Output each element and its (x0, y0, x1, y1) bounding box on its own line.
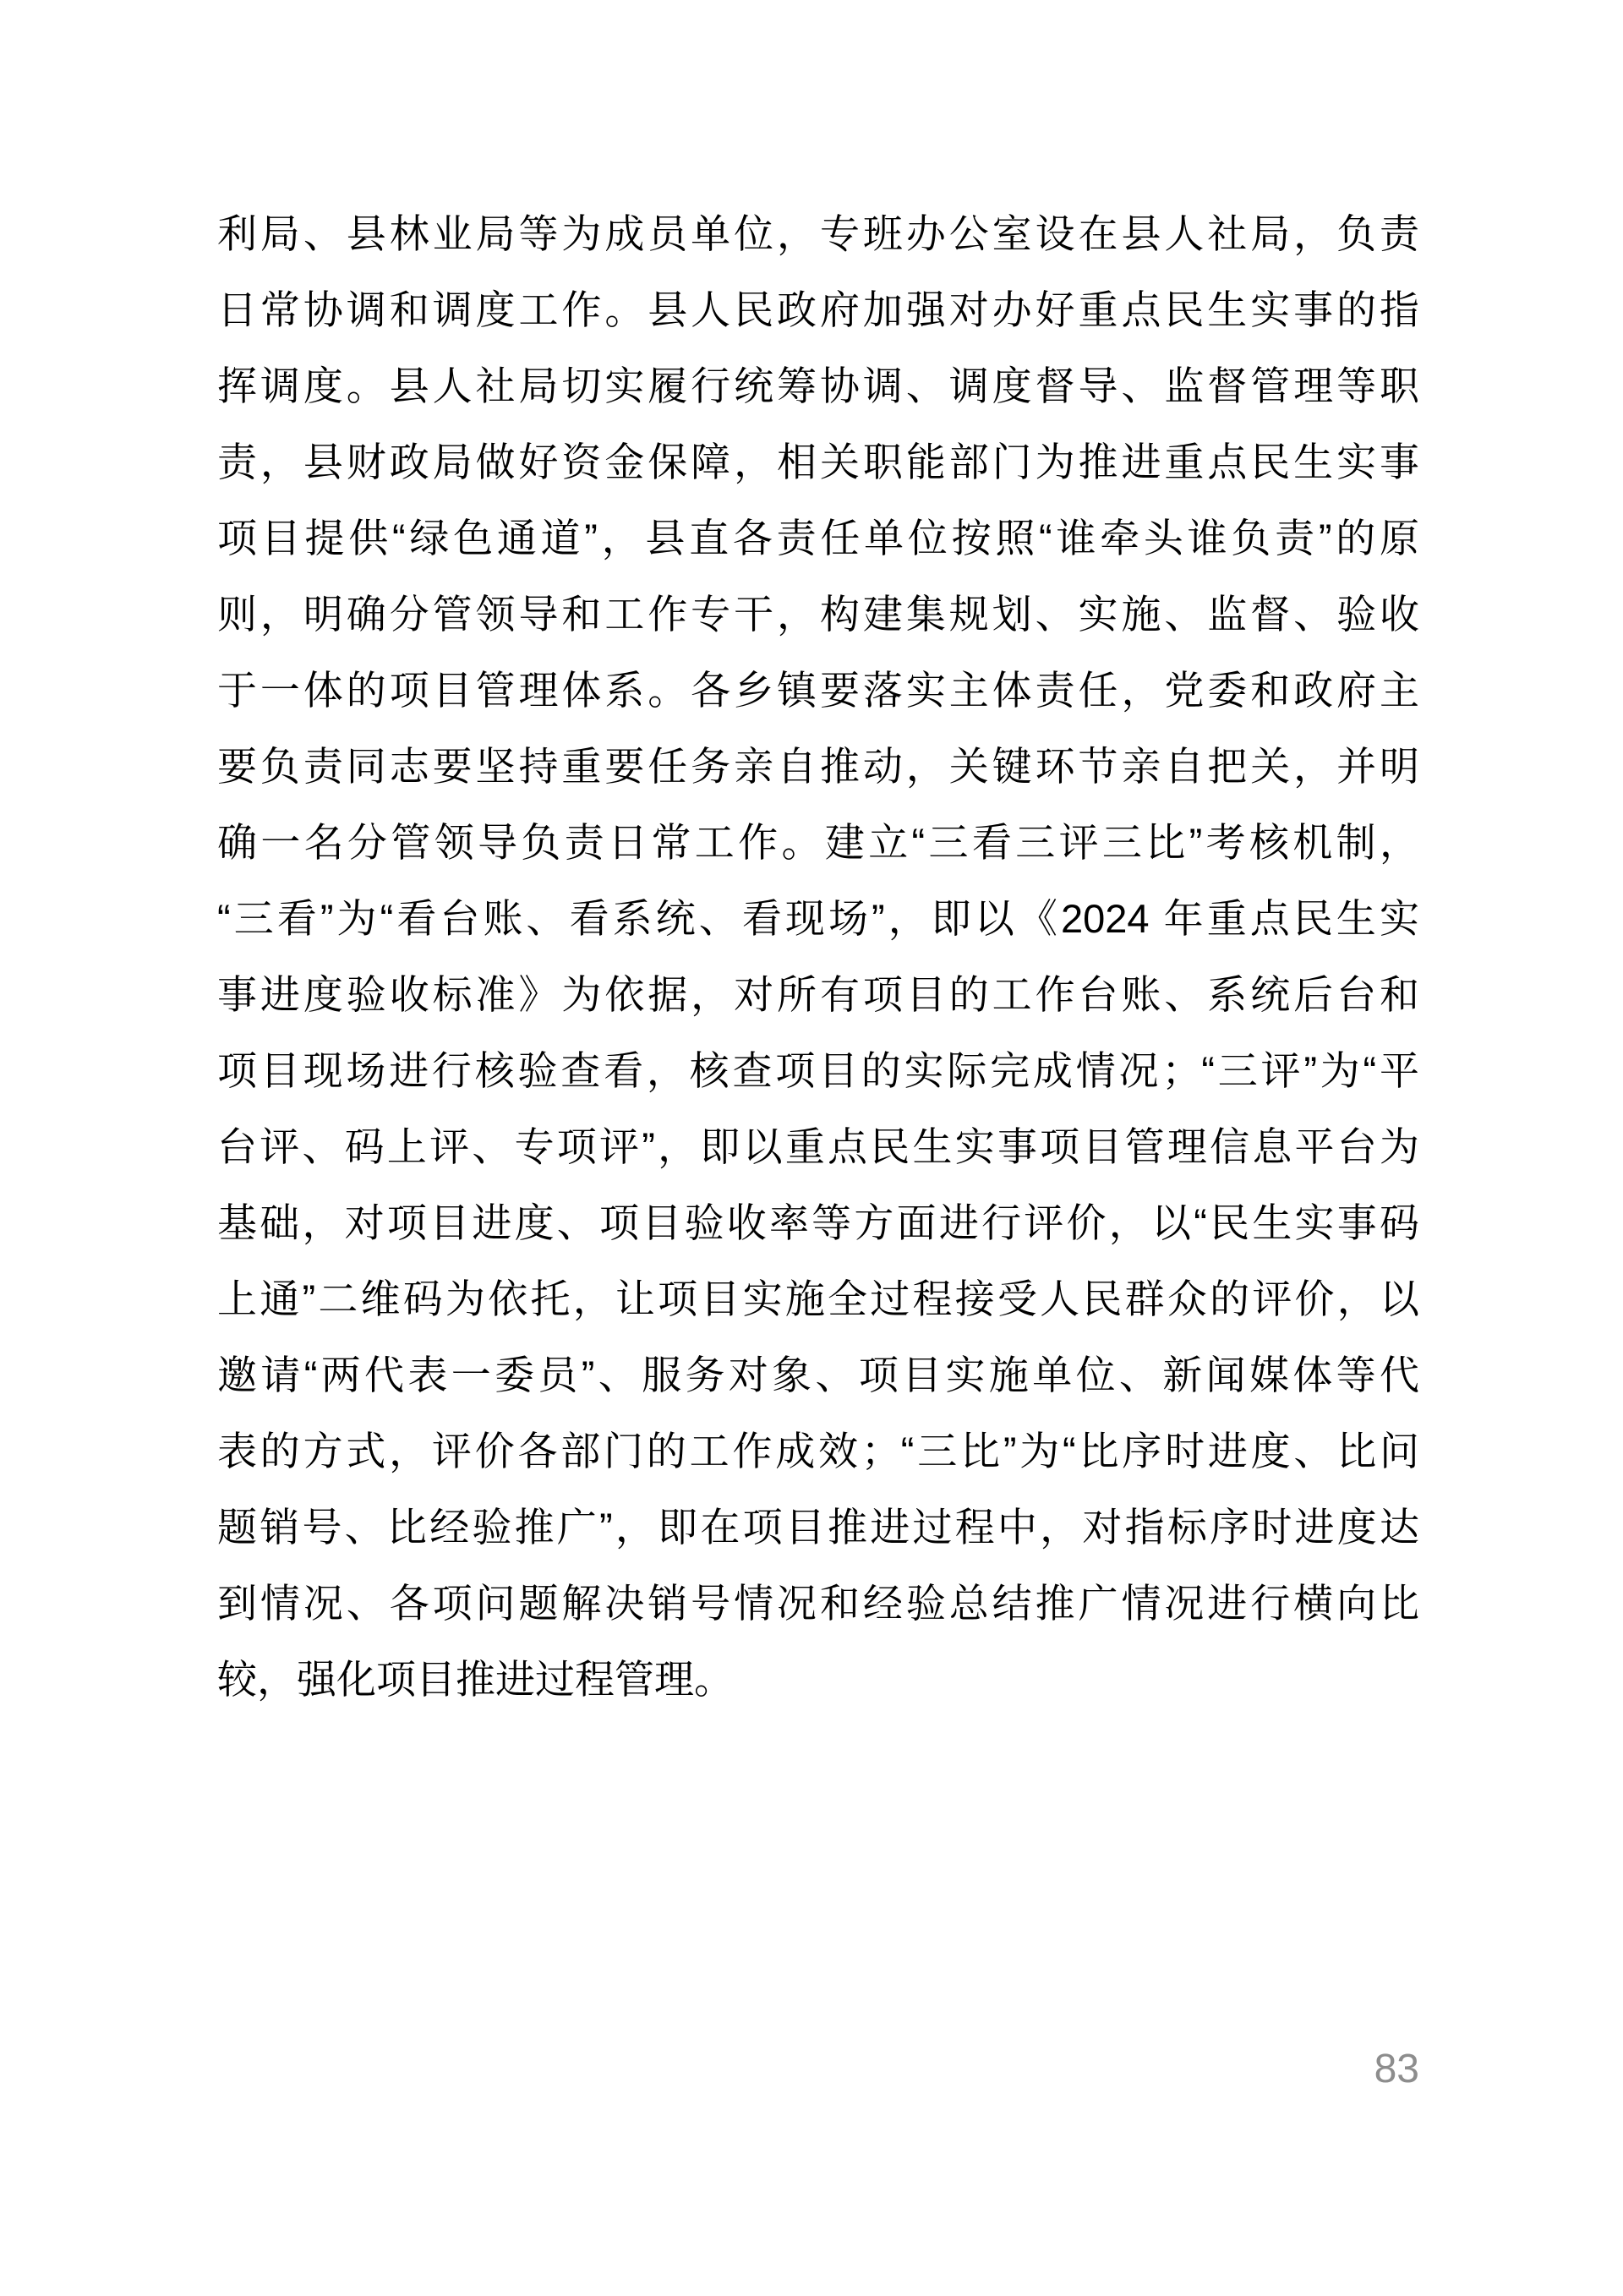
text-line: 表的方式，评价各部门的工作成效；“三比”为“比序时进度、比问 (217, 1413, 1419, 1490)
text-line: 要负责同志要坚持重要任务亲自推动，关键环节亲自把关，并明 (217, 729, 1419, 805)
text-line: 利局、县林业局等为成员单位，专班办公室设在县人社局，负责 (217, 196, 1419, 272)
page-number: 83 (217, 2049, 1419, 2090)
document-page: 利局、县林业局等为成员单位，专班办公室设在县人社局，负责 日常协调和调度工作。县… (0, 0, 1623, 2296)
text-line: 事进度验收标准》为依据，对所有项目的工作台账、系统后台和 (217, 957, 1419, 1033)
text-line: 较，强化项目推进过程管理。 (217, 1642, 1419, 1718)
text-line: 项目提供“绿色通道”，县直各责任单位按照“谁牵头谁负责”的原 (217, 500, 1419, 577)
text-line: 题销号、比经验推广”，即在项目推进过程中，对指标序时进度达 (217, 1490, 1419, 1566)
text-line: 基础，对项目进度、项目验收率等方面进行评价，以“民生实事码 (217, 1185, 1419, 1261)
text-line: 台评、码上评、专项评”，即以重点民生实事项目管理信息平台为 (217, 1109, 1419, 1185)
text-line: “三看”为“看台账、看系统、看现场”，即以《2024 年重点民生实 (217, 881, 1419, 957)
text-line: 于一体的项目管理体系。各乡镇要落实主体责任，党委和政府主 (217, 653, 1419, 729)
text-line: 日常协调和调度工作。县人民政府加强对办好重点民生实事的指 (217, 272, 1419, 348)
text-line: 项目现场进行核验查看，核查项目的实际完成情况；“三评”为“平 (217, 1033, 1419, 1109)
body-text-paragraph: 利局、县林业局等为成员单位，专班办公室设在县人社局，负责 日常协调和调度工作。县… (217, 196, 1419, 1718)
text-line: 责，县财政局做好资金保障，相关职能部门为推进重点民生实事 (217, 424, 1419, 500)
text-line: 挥调度。县人社局切实履行统筹协调、调度督导、监督管理等职 (217, 348, 1419, 424)
text-line: 则，明确分管领导和工作专干，构建集规划、实施、监督、验收 (217, 577, 1419, 653)
text-line: 到情况、各项问题解决销号情况和经验总结推广情况进行横向比 (217, 1566, 1419, 1642)
text-line: 上通”二维码为依托，让项目实施全过程接受人民群众的评价，以 (217, 1261, 1419, 1337)
text-line: 确一名分管领导负责日常工作。建立“三看三评三比”考核机制， (217, 805, 1419, 881)
text-line: 邀请“两代表一委员”、服务对象、项目实施单位、新闻媒体等代 (217, 1337, 1419, 1413)
